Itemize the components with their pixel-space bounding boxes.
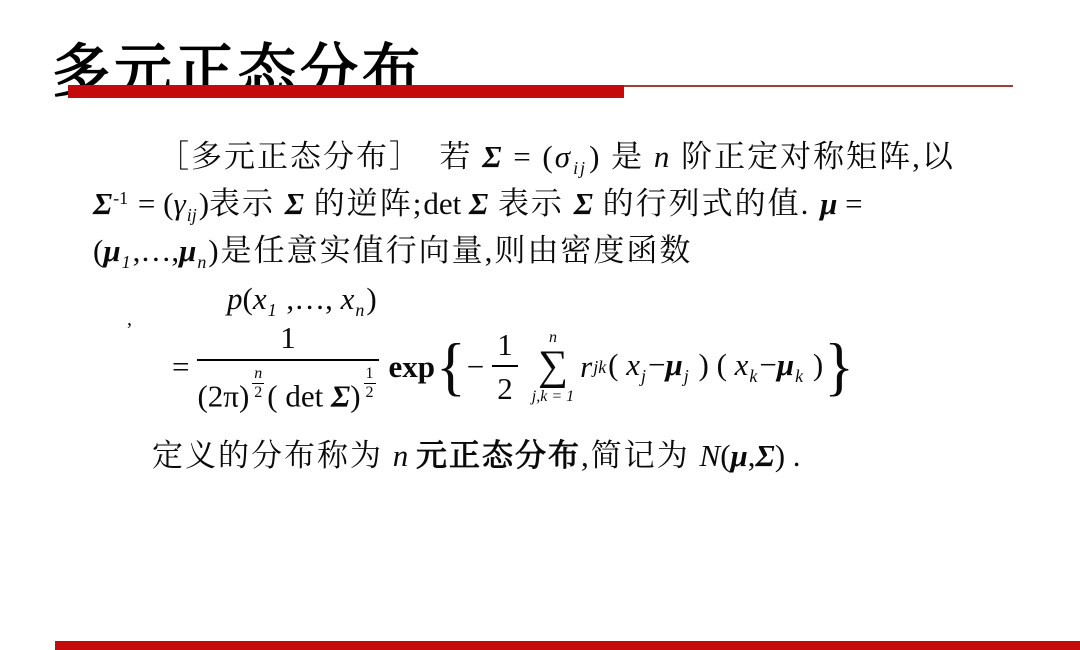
- fraction-numerator: 1: [197, 320, 378, 361]
- body-line-1: ［多元正态分布］ 若 Σ = (σij) 是 n 阶正定对称矩阵,以: [158, 137, 955, 180]
- text-run: 若: [407, 139, 483, 174]
- text-run: = (: [503, 139, 554, 174]
- text-run: ): [589, 139, 611, 174]
- text-run: Σ: [285, 186, 304, 221]
- text-run: 是: [611, 139, 654, 174]
- two-pi-term: (2π): [197, 379, 249, 414]
- bottom-accent-bar: [55, 641, 1080, 650]
- exp-operator: exp: [389, 349, 436, 385]
- text-run: x: [626, 347, 640, 382]
- exponent-one-half: 12: [364, 365, 376, 401]
- text-run: μ: [731, 438, 748, 473]
- text-run: ［多元正态分布］: [158, 139, 407, 174]
- text-run: ij: [187, 205, 197, 225]
- summation: n ∑ j,k = 1: [532, 330, 574, 405]
- text-run: Σ: [93, 186, 112, 221]
- text-run: Σ: [469, 186, 488, 221]
- exponent-n-over-2: n2: [252, 365, 264, 401]
- text-run: μ: [103, 233, 120, 268]
- title-underline-thick: [68, 85, 624, 98]
- text-run: μ: [777, 347, 794, 382]
- text-run: ): [199, 186, 209, 221]
- text-run: = (: [130, 186, 173, 221]
- text-run: ) (: [691, 347, 735, 382]
- text-run: 1: [268, 300, 277, 320]
- text-run: Σ: [756, 438, 775, 473]
- body-line-2: Σ-1 = (γij)表示 Σ 的逆阵;det Σ 表示 Σ 的行列式的值. μ…: [93, 184, 863, 227]
- text-run: ): [775, 438, 785, 473]
- text-run: n: [355, 300, 364, 320]
- r-subscript: jk: [593, 357, 606, 378]
- text-run: x: [341, 281, 355, 316]
- text-run: (: [93, 233, 103, 268]
- text-run: )是任意实值行向量,则由密度函数: [208, 233, 692, 268]
- scan-artifact-mark: ,: [127, 308, 132, 331]
- one-half-fraction: 1 2: [492, 327, 518, 407]
- text-run: 1: [122, 252, 131, 272]
- text-run: −: [648, 347, 665, 382]
- text-run: 元正态分布: [416, 438, 581, 473]
- text-run: μ: [820, 186, 837, 221]
- text-run: ,: [748, 438, 756, 473]
- text-run: ij: [573, 158, 587, 178]
- text-run: 表示: [488, 186, 574, 221]
- text-run: (: [608, 347, 626, 382]
- minus-sign: −: [467, 349, 484, 385]
- close-brace: }: [824, 335, 854, 400]
- text-run: Σ: [574, 186, 593, 221]
- summation-symbol: ∑: [538, 347, 568, 387]
- main-fraction: 1 (2π)n2( det Σ)12: [197, 320, 378, 415]
- text-run: 定义的分布称为: [152, 438, 393, 473]
- text-run: γ: [173, 186, 185, 221]
- equals-sign: =: [172, 349, 189, 385]
- text-run: j: [684, 366, 689, 386]
- density-function-lhs: p(x1 ,…, xn): [227, 279, 377, 322]
- text-run: (: [243, 281, 253, 316]
- open-brace: {: [436, 335, 466, 400]
- text-run: ): [366, 281, 376, 316]
- text-run: Σ: [482, 139, 503, 174]
- body-line-3: (μ1,…,μn)是任意实值行向量,则由密度函数: [93, 231, 692, 274]
- sigma-symbol: Σ: [331, 379, 350, 414]
- text-run: k: [795, 366, 803, 386]
- text-run: x: [253, 281, 267, 316]
- product-terms: ( xj−μj ) ( xk−μk ): [608, 347, 823, 387]
- density-formula: = 1 (2π)n2( det Σ)12 exp { − 1 2 n ∑ j,k…: [172, 320, 855, 415]
- text-run: [408, 438, 416, 473]
- text-run: σ: [555, 139, 572, 174]
- text-run: =: [837, 186, 862, 221]
- closing-line: 定义的分布称为 n 元正态分布,简记为 N(μ,Σ) .: [152, 436, 801, 476]
- text-run: ): [805, 347, 823, 382]
- text-run: ,…,: [279, 281, 341, 316]
- text-run: −: [759, 347, 776, 382]
- summation-lower-limit: j,k = 1: [532, 389, 574, 405]
- text-run: N: [700, 438, 721, 473]
- text-run: 的逆阵;: [304, 186, 423, 221]
- det-term: ( det: [267, 379, 331, 414]
- text-run: k: [749, 366, 757, 386]
- text-run: det: [423, 186, 469, 221]
- r-coefficient: r: [580, 349, 592, 385]
- text-run: -1: [113, 188, 128, 208]
- text-run: 的行列式的值.: [593, 186, 820, 221]
- text-run: j: [641, 366, 646, 386]
- text-run: μ: [179, 233, 196, 268]
- text-run: n: [393, 438, 409, 473]
- text-run: n: [197, 252, 206, 272]
- slide-canvas: 多元正态分布 ［多元正态分布］ 若 Σ = (σij) 是 n 阶正定对称矩阵,…: [0, 0, 1080, 650]
- text-run: 表示: [209, 186, 285, 221]
- text-run: x: [735, 347, 749, 382]
- fraction-denominator: (2π)n2( det Σ)12: [197, 361, 378, 415]
- text-run: 阶正定对称矩阵,以: [671, 139, 955, 174]
- text-run: p: [227, 281, 243, 316]
- text-run: μ: [666, 347, 683, 382]
- text-run: ,…,: [133, 233, 180, 268]
- text-run: n: [654, 139, 672, 174]
- text-run: (: [720, 438, 730, 473]
- text-run: ,简记为: [581, 438, 700, 473]
- text-run: .: [785, 438, 801, 473]
